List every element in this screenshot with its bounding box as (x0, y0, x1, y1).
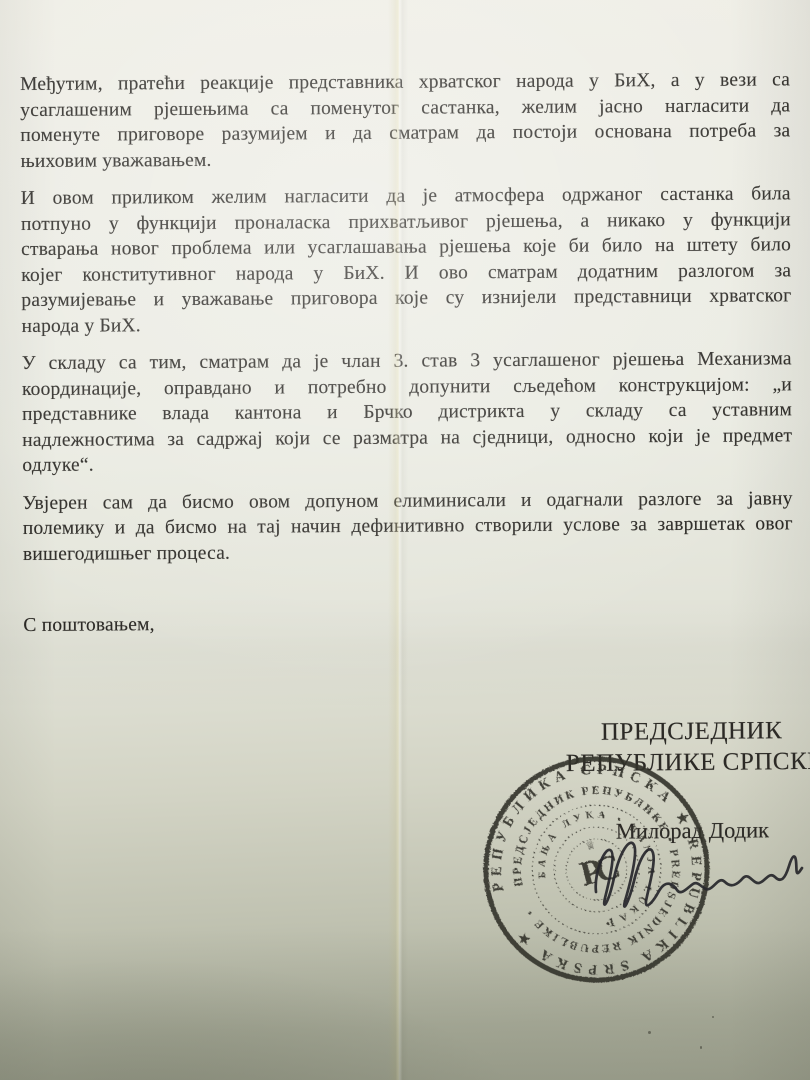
text-line: разумијевање и уважавање приговора које … (21, 283, 791, 313)
text-line: вишегодишњег процеса. (23, 537, 793, 567)
text-line: стварања новог проблема или усаглашавања… (21, 232, 791, 262)
text-line: Међутим, пратећи реакције представника х… (20, 67, 790, 97)
paragraph-2: И овом приликом желим нагласити да је ат… (21, 181, 792, 339)
text-line: У складу са тим, сматрам да је члан 3. с… (22, 346, 792, 376)
paper-speck (700, 1046, 702, 1049)
paragraph-3: У складу са тим, сматрам да је члан 3. с… (22, 346, 793, 478)
text-line: поменуте приговоре разумијем и да сматра… (20, 118, 790, 148)
letter-body: Међутим, пратећи реакције представника х… (20, 67, 793, 638)
text-line: народа у БиХ. (21, 309, 791, 339)
text-line: њиховим уважавањем. (20, 144, 790, 174)
paragraph-1: Међутим, пратећи реакције представника х… (20, 67, 791, 174)
photographed-letter-page: Међутим, пратећи реакције представника х… (0, 0, 810, 1080)
signature-stroke (596, 843, 802, 907)
text-line: представнике влада кантона и Брчко дистр… (22, 397, 792, 427)
office-title-line1: ПРЕДСЈЕДНИК (565, 715, 810, 748)
text-line: надлежностима за садржај који се разматр… (22, 423, 792, 453)
text-line: И овом приликом желим нагласити да је ат… (21, 181, 791, 211)
closing-salutation: С поштовањем, (23, 608, 793, 638)
paper-speck (712, 1016, 714, 1018)
paper-speck (648, 1031, 651, 1034)
paragraph-4: Увјерен сам да бисмо овом допуном елимин… (23, 486, 793, 567)
text-line: одлуке“. (22, 448, 792, 478)
text-line: полемику и да бисмо на тај начин дефинит… (23, 511, 793, 541)
signature-handwriting (586, 826, 810, 930)
